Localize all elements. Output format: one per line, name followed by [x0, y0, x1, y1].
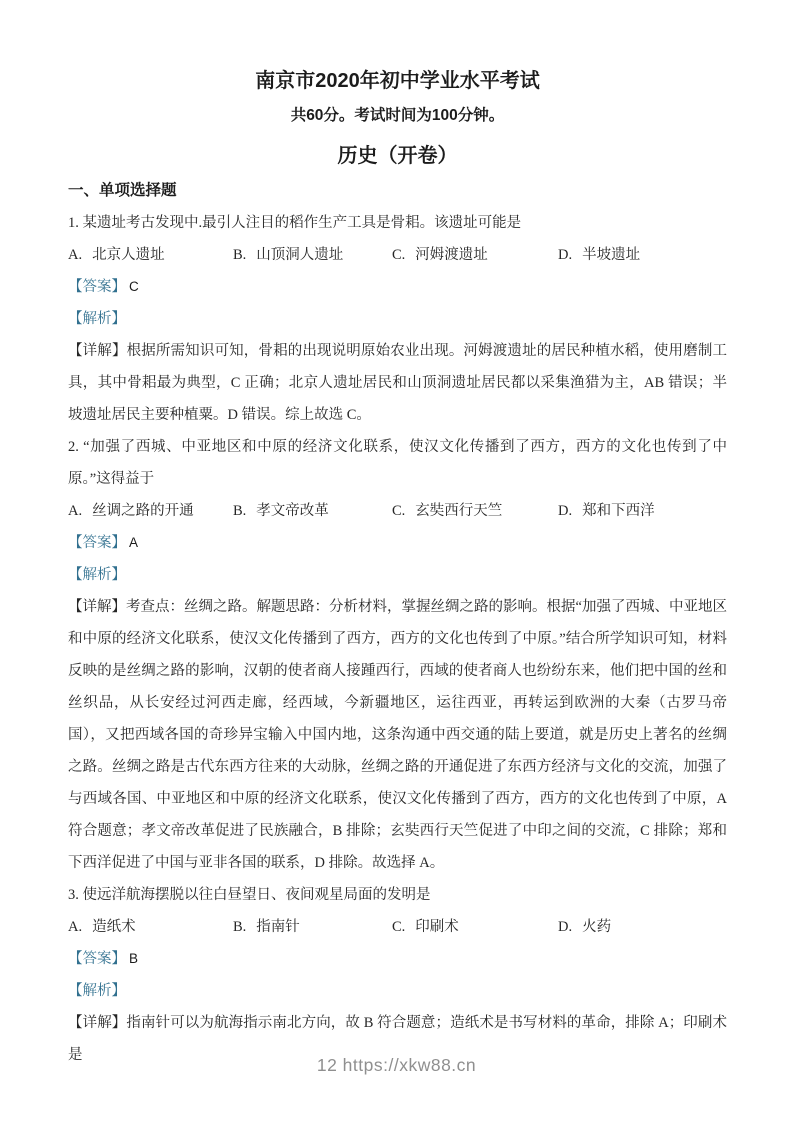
- option-b-key: B.: [233, 247, 246, 263]
- option-b-text: 山顶洞人遗址: [256, 247, 343, 263]
- option-b: B.山顶洞人遗址: [233, 239, 392, 271]
- option-c-text: 河姆渡遗址: [415, 247, 488, 263]
- option-a-key: A.: [68, 919, 82, 935]
- option-b: B.孝文帝改革: [233, 495, 392, 527]
- option-d: D.半坡遗址: [558, 239, 727, 271]
- answer-label: 【答案】: [68, 279, 126, 295]
- question-1: 1. 某遗址考古发现中.最引人注目的稻作生产工具是骨耜。该遗址可能是 A.北京人…: [68, 207, 727, 431]
- option-b-key: B.: [233, 503, 246, 519]
- option-a-text: 北京人遗址: [92, 247, 165, 263]
- answer-label: 【答案】: [68, 535, 126, 551]
- option-c-text: 玄奘西行天竺: [415, 503, 502, 519]
- detail-label: 【详解】: [68, 599, 126, 615]
- exam-score-time-info: 共60分。考试时间为100分钟。: [68, 105, 727, 127]
- question-2-answer-line: 【答案】A: [68, 527, 727, 559]
- exam-document-page: 南京市2020年初中学业水平考试 共60分。考试时间为100分钟。 历史（开卷）…: [0, 0, 793, 1071]
- question-1-options: A.北京人遗址 B.山顶洞人遗址 C.河姆渡遗址 D.半坡遗址: [68, 239, 727, 271]
- page-title: 南京市2020年初中学业水平考试: [68, 0, 727, 96]
- question-2: 2. “加强了西城、中亚地区和中原的经济文化联系，使汉文化传播到了西方，西方的文…: [68, 431, 727, 879]
- option-b: B.指南针: [233, 911, 392, 943]
- detail-label: 【详解】: [68, 1015, 126, 1031]
- page-footer: 12 https://xkw88.cn: [0, 1052, 793, 1078]
- question-3-options: A.造纸术 B.指南针 C.印刷术 D.火药: [68, 911, 727, 943]
- question-3-analysis-line: 【解析】: [68, 975, 727, 1007]
- option-d-text: 火药: [582, 919, 611, 935]
- question-1-stem: 1. 某遗址考古发现中.最引人注目的稻作生产工具是骨耜。该遗址可能是: [68, 207, 727, 239]
- analysis-label: 【解析】: [68, 567, 126, 583]
- question-1-answer-line: 【答案】C: [68, 271, 727, 303]
- answer-value: B: [129, 951, 138, 966]
- question-list: 1. 某遗址考古发现中.最引人注目的稻作生产工具是骨耜。该遗址可能是 A.北京人…: [68, 207, 727, 1071]
- detail-text: 考查点：丝绸之路。解题思路：分析材料，掌握丝绸之路的影响。根据“加强了西城、中亚…: [68, 599, 727, 871]
- option-a-text: 造纸术: [92, 919, 136, 935]
- option-d-text: 半坡遗址: [582, 247, 640, 263]
- option-c-key: C.: [392, 919, 405, 935]
- option-b-text: 孝文帝改革: [256, 503, 329, 519]
- question-3-stem: 3. 使远洋航海摆脱以往白昼望日、夜间观星局面的发明是: [68, 879, 727, 911]
- option-d: D.郑和下西洋: [558, 495, 727, 527]
- answer-label: 【答案】: [68, 951, 126, 967]
- answer-value: C: [129, 279, 139, 294]
- detail-label: 【详解】: [68, 343, 127, 359]
- analysis-label: 【解析】: [68, 311, 126, 327]
- question-3-answer-line: 【答案】B: [68, 943, 727, 975]
- option-c: C.印刷术: [392, 911, 558, 943]
- option-b-key: B.: [233, 919, 246, 935]
- subject-title: 历史（开卷）: [68, 142, 727, 170]
- option-c: C.河姆渡遗址: [392, 239, 558, 271]
- option-d: D.火药: [558, 911, 727, 943]
- footer-page-number-and-url: 12 https://xkw88.cn: [317, 1055, 476, 1075]
- question-1-analysis-line: 【解析】: [68, 303, 727, 335]
- option-d-text: 郑和下西洋: [582, 503, 655, 519]
- question-2-analysis-line: 【解析】: [68, 559, 727, 591]
- option-d-key: D.: [558, 247, 572, 263]
- question-2-detail: 【详解】考查点：丝绸之路。解题思路：分析材料，掌握丝绸之路的影响。根据“加强了西…: [68, 591, 727, 879]
- analysis-label: 【解析】: [68, 983, 126, 999]
- option-d-key: D.: [558, 919, 572, 935]
- question-2-options: A.丝调之路的开通 B.孝文帝改革 C.玄奘西行天竺 D.郑和下西洋: [68, 495, 727, 527]
- option-a-key: A.: [68, 503, 82, 519]
- detail-text: 根据所需知识可知，骨耜的出现说明原始农业出现。河姆渡遗址的居民种植水稻，使用磨制…: [68, 343, 727, 423]
- option-a: A.北京人遗址: [68, 239, 233, 271]
- option-a-key: A.: [68, 247, 82, 263]
- option-c-text: 印刷术: [415, 919, 459, 935]
- option-a: A.丝调之路的开通: [68, 495, 233, 527]
- option-a-text: 丝调之路的开通: [92, 503, 194, 519]
- option-d-key: D.: [558, 503, 572, 519]
- question-2-stem: 2. “加强了西城、中亚地区和中原的经济文化联系，使汉文化传播到了西方，西方的文…: [68, 431, 727, 495]
- option-c-key: C.: [392, 503, 405, 519]
- option-c: C.玄奘西行天竺: [392, 495, 558, 527]
- option-a: A.造纸术: [68, 911, 233, 943]
- option-b-text: 指南针: [256, 919, 300, 935]
- section-heading: 一、单项选择题: [68, 179, 727, 202]
- answer-value: A: [129, 535, 138, 550]
- question-1-detail: 【详解】根据所需知识可知，骨耜的出现说明原始农业出现。河姆渡遗址的居民种植水稻，…: [68, 335, 727, 431]
- question-3: 3. 使远洋航海摆脱以往白昼望日、夜间观星局面的发明是 A.造纸术 B.指南针 …: [68, 879, 727, 1071]
- option-c-key: C.: [392, 247, 405, 263]
